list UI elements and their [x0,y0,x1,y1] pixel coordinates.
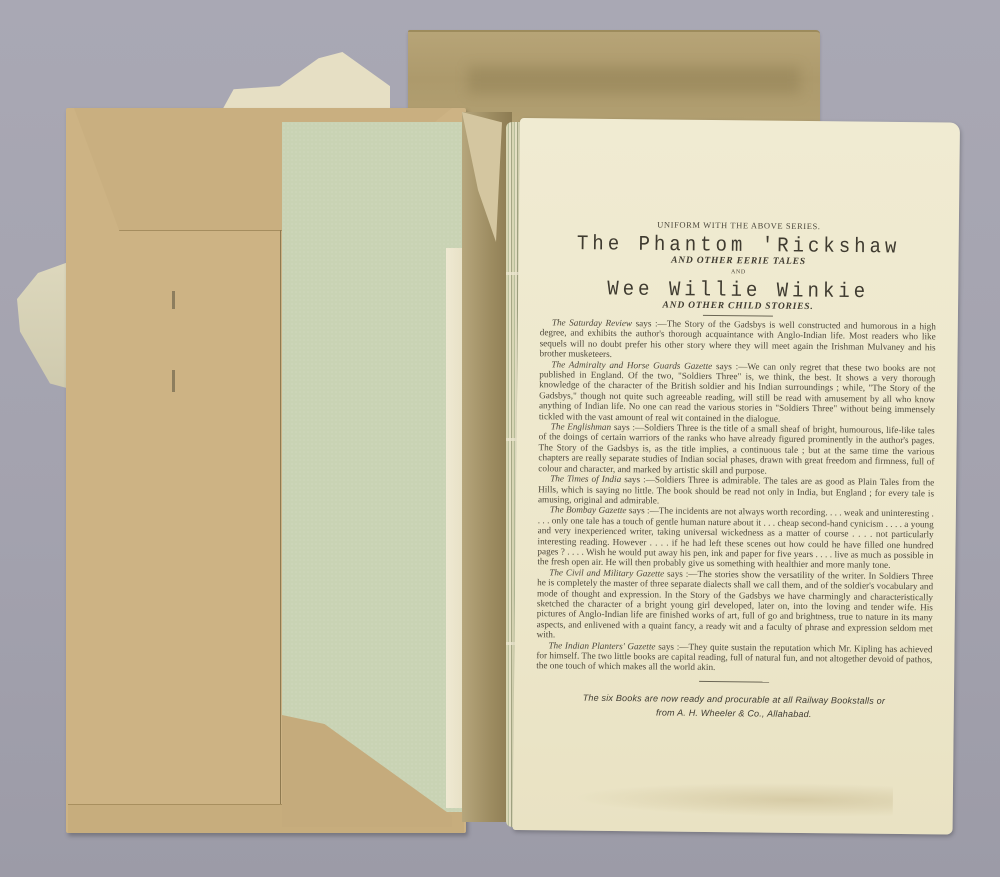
title-page: Uniform with the above series. The Phant… [513,118,960,835]
book-title-2: Wee Willie Winkie [540,276,936,304]
review-paragraph: The Indian Planters' Gazette says :—They… [536,640,932,675]
book-title-1: The Phantom 'Rickshaw [541,231,937,259]
availability-note: The six Books are now ready and procurab… [536,690,932,722]
review-paragraph: The Admiralty and Horse Guards Gazette s… [539,359,936,426]
ink-show-through-mark [172,291,175,309]
review-paragraph: The Bombay Gazette says :—The incidents … [537,505,934,572]
review-source: The Indian Planters' Gazette [548,640,655,651]
review-source: The Civil and Military Gazette [549,567,664,578]
divider [703,315,773,317]
green-endpaper [282,122,465,812]
torn-paper-flap-left [14,260,74,390]
review-text: says :—The stories show the versatility … [537,568,934,639]
review-paragraph: The Times of India says :—Soldiers Three… [538,473,934,508]
page-content: Uniform with the above series. The Phant… [536,218,937,722]
series-header: Uniform with the above series. [541,218,937,232]
ink-show-through-mark [172,370,175,392]
review-source: The Englishman [551,421,611,432]
torn-paper-flap-top [220,52,390,114]
review-text: says :—We can only regret that these two… [539,361,936,424]
press-reviews: The Saturday Review says :—The Story of … [536,317,936,675]
water-stain [573,781,893,818]
review-paragraph: The Saturday Review says :—The Story of … [539,317,935,363]
review-paragraph: The Civil and Military Gazette says :—Th… [537,567,934,644]
book-spine-gutter [462,112,512,822]
review-source: The Bombay Gazette [550,505,627,516]
review-paragraph: The Englishman says :—Soldiers Three is … [538,421,935,477]
wrapper-fold-crease [280,230,281,830]
divider [699,681,769,683]
review-text: says :—The incidents are not always wort… [537,505,934,570]
review-source: The Saturday Review [552,317,632,328]
review-source: The Times of India [550,473,621,484]
